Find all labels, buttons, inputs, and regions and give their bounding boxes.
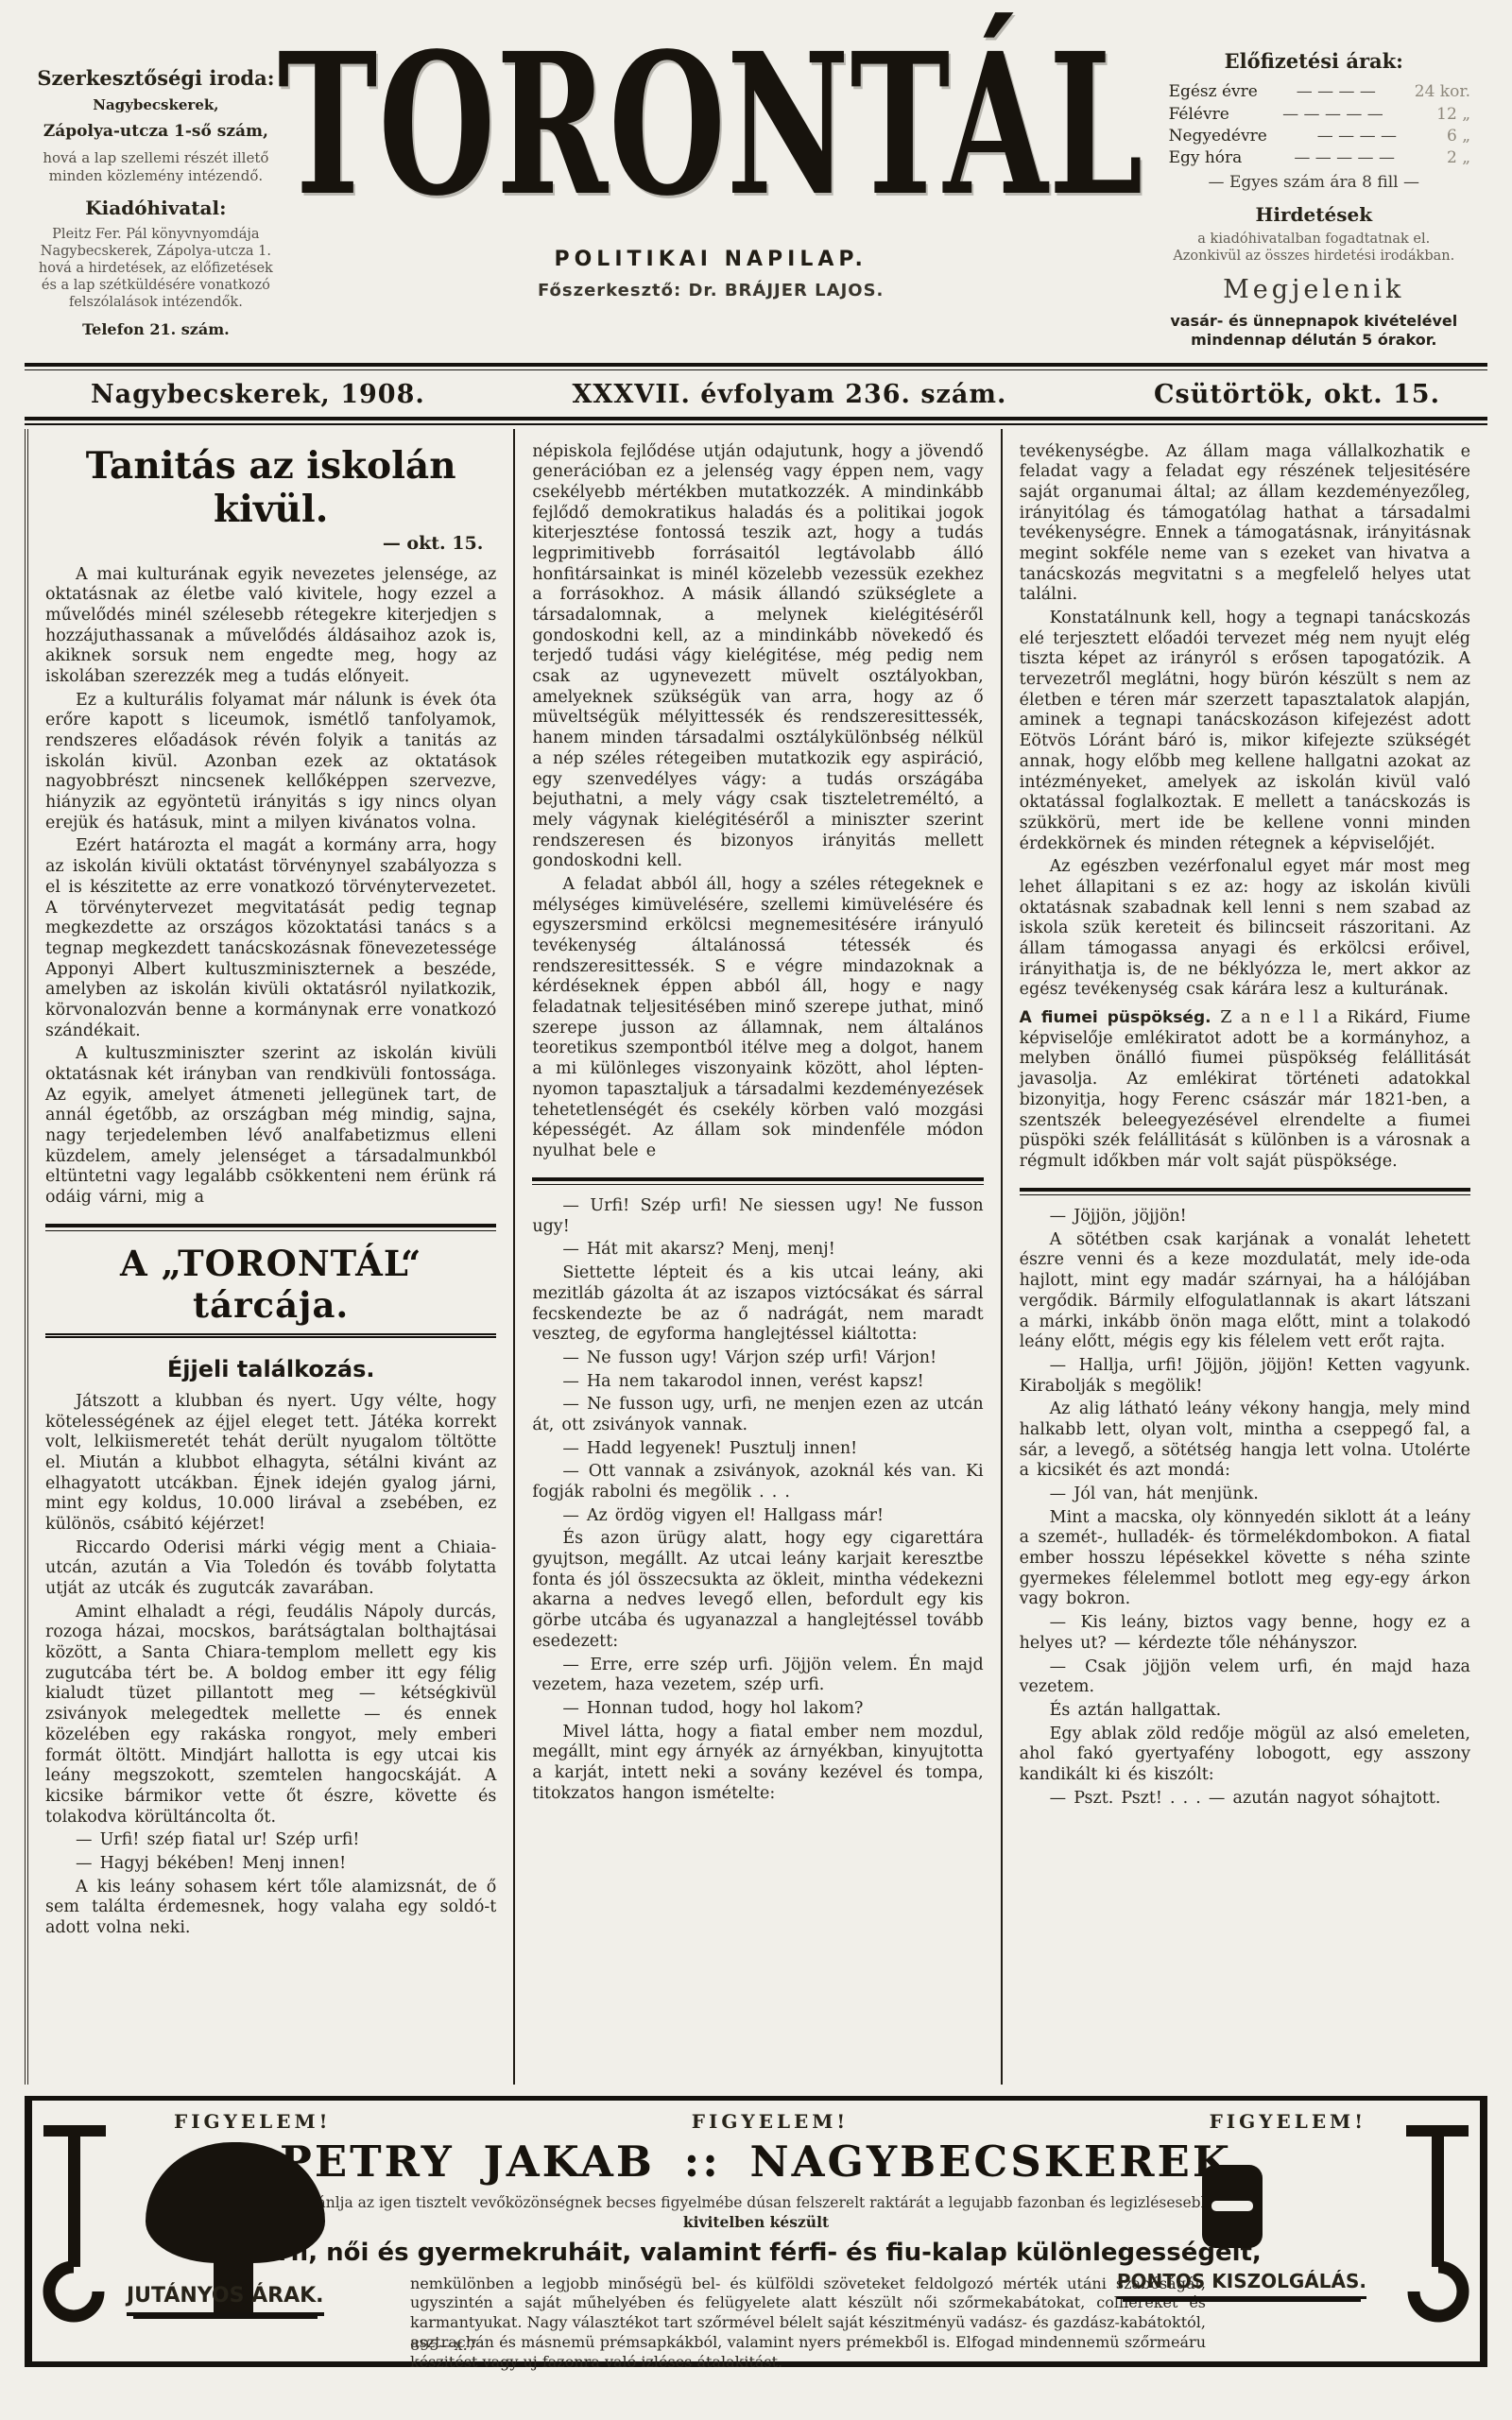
newspaper-page: Szerkesztőségi iroda: Nagybecskerek, Záp… <box>0 0 1512 2420</box>
subscription-value: 24 kor. <box>1415 82 1470 102</box>
editorial-office-street: Zápolya-utcza 1-ső szám, <box>34 122 278 142</box>
feuilleton-divider <box>532 1177 983 1186</box>
subscription-dashes: — — — — <box>1267 127 1447 146</box>
subscription-value: 12 „ <box>1436 105 1470 125</box>
paragraph: Amint elhaladt a régi, feudális Nápoly d… <box>45 1603 496 1828</box>
logo-wrap: TORONTÁL <box>278 28 1144 234</box>
paragraph: — Hadd legyenek! Pusztulj innen! <box>532 1439 983 1460</box>
feuilleton-col3-body: — Jöjjön, jöjjön!A sötétben csak karjána… <box>1020 1207 1470 1809</box>
paragraph: — Hallja, urfi! Jöjjön, jöjjön! Ketten v… <box>1020 1356 1470 1397</box>
news-item-body: Z a n e l l a Rikárd, Fiume képviselője … <box>1020 1008 1470 1171</box>
paragraph: Egy ablak zöld redője mögül az alsó emel… <box>1020 1725 1470 1786</box>
article-col3-body: tevékenységbe. Az állam maga vállalkozha… <box>1020 442 1470 1002</box>
paragraph: — Jól van, hát menjünk. <box>1020 1485 1470 1505</box>
feuilleton-title: Éjjeli találkozás. <box>45 1356 496 1382</box>
paragraph: — Pszt. Pszt! . . . — azután nagyot sóha… <box>1020 1789 1470 1810</box>
paragraph: Siettette lépteit és a kis utcai leány, … <box>532 1263 983 1346</box>
paragraph: — Ott vannak a zsiványok, azoknál kés va… <box>532 1462 983 1502</box>
feuilleton-divider <box>1020 1188 1470 1196</box>
paragraph: — Urfi! szép fiatal ur! Szép urfi! <box>45 1830 496 1851</box>
newspaper-logo: TORONTÁL <box>278 28 1144 223</box>
attention-label: FIGYELEM! <box>692 2110 849 2133</box>
paragraph: népiskola fejlődése utján odajutunk, hog… <box>532 442 983 872</box>
paragraph: tevékenységbe. Az állam maga vállalkozha… <box>1020 442 1470 607</box>
subscription-value: 6 „ <box>1447 127 1470 146</box>
single-issue-price: — Egyes szám ára 8 fill — <box>1144 173 1484 193</box>
paragraph: — Ne fusson ugy! Várjon szép urfi! Várjo… <box>532 1348 983 1369</box>
paragraph: Mivel látta, hogy a fiatal ember nem moz… <box>532 1723 983 1805</box>
rule-bottom <box>25 417 1487 425</box>
paragraph: — Erre, erre szép urfi. Jöjjön velem. Én… <box>532 1656 983 1696</box>
paragraph: — Csak jöjjön velem urfi, én majd haza v… <box>1020 1657 1470 1698</box>
editorial-office-title: Szerkesztőségi iroda: <box>34 66 278 91</box>
paragraph: A kultuszminiszter szerint az iskolán ki… <box>45 1044 496 1209</box>
coat-hook-icon <box>42 2125 108 2332</box>
ad-reference-number: 895—x.7 <box>410 2336 477 2354</box>
subscription-label: Egész évre <box>1169 82 1258 102</box>
column-1: Tanitás az iskolán kivül. — okt. 15. A m… <box>28 429 513 2085</box>
subscription-block: Előfizetési árak: Egész évre — — — — 24 … <box>1144 28 1484 350</box>
subscription-dashes: — — — — — <box>1229 105 1436 125</box>
appears-title: Megjelenik <box>1144 274 1484 306</box>
ads-body: a kiadóhivatalban fogadtatnak el. Azonki… <box>1144 231 1484 265</box>
masthead: Szerkesztőségi iroda: Nagybecskerek, Záp… <box>0 0 1512 350</box>
paragraph: — Honnan tudod, hogy hol lakom? <box>532 1699 983 1720</box>
paragraph: A sötétben csak karjának a vonalát lehet… <box>1020 1230 1470 1353</box>
editor-line: Főszerkesztő: Dr. BRÁJJER LAJOS. <box>278 281 1144 300</box>
feuilleton-col1-body: Játszott a klubban és nyert. Ugy vélte, … <box>45 1392 496 1939</box>
column-2: népiskola fejlődése utján odajutunk, hog… <box>513 429 1000 2085</box>
paragraph: — Urfi! Szép urfi! Ne siessen ugy! Ne fu… <box>532 1196 983 1237</box>
paragraph: — Jöjjön, jöjjön! <box>1020 1207 1470 1227</box>
ad-intro-line: Ajánlja az igen tisztelt vevőközönségnek… <box>213 2194 1299 2211</box>
attention-label: FIGYELEM! <box>1210 2110 1366 2133</box>
paragraph: És azon ürügy alatt, hogy egy cigarettár… <box>532 1529 983 1652</box>
subscription-value: 2 „ <box>1447 148 1470 168</box>
rule-top <box>25 363 1487 371</box>
column-3: tevékenységbe. Az állam maga vállalkozha… <box>1001 429 1487 2085</box>
telephone-line: Telefon 21. szám. <box>34 320 278 339</box>
publisher-title: Kiadóhivatal: <box>34 197 278 220</box>
subscription-row: Félévre — — — — — 12 „ <box>1144 104 1484 126</box>
subscription-title: Előfizetési árak: <box>1144 49 1484 74</box>
article-dateline: — okt. 15. <box>45 533 496 554</box>
dateline-day: Csütörtök, okt. 15. <box>1154 380 1440 409</box>
advertisement: FIGYELEM! FIGYELEM! FIGYELEM! PETRY JAKA… <box>25 2096 1487 2367</box>
paragraph: Az alig látható leány vékony hangja, mel… <box>1020 1399 1470 1482</box>
appears-body: vasár- és ünnepnapok kivételével mindenn… <box>1144 312 1484 350</box>
paragraph: Az egészben vezérfonalul egyet már most … <box>1020 857 1470 1001</box>
feuilleton-divider <box>45 1224 496 1232</box>
paragraph: A feladat abból áll, hogy a széles réteg… <box>532 875 983 1162</box>
subscription-label: Negyedévre <box>1169 127 1267 146</box>
editorial-office-note: hová a lap szellemi részét illető minden… <box>34 149 278 185</box>
ad-right-slogan: PONTOS KISZOLGÁLÁS. <box>1117 2270 1366 2299</box>
paragraph: Ez a kulturális folyamat már nálunk is é… <box>45 691 496 834</box>
news-item-title: A fiumei püspökség. <box>1020 1008 1211 1027</box>
date-bar: Nagybecskerek, 1908. XXXVII. évfolyam 23… <box>25 363 1487 425</box>
feuilleton-col2-body: — Urfi! Szép urfi! Ne siessen ugy! Ne fu… <box>532 1196 983 1804</box>
publisher-body: Pleitz Fer. Pál könyvnyomdája Nagybecske… <box>34 226 278 312</box>
paragraph: A kis leány sohasem kért tőle alamizsnát… <box>45 1878 496 1939</box>
subscription-row: Negyedévre — — — — 6 „ <box>1144 126 1484 147</box>
paragraph: — Kis leány, biztos vagy benne, hogy ez … <box>1020 1613 1470 1654</box>
subscription-label: Félévre <box>1169 105 1229 125</box>
subscription-row: Egy hóra — — — — — 2 „ <box>1144 147 1484 169</box>
ads-title: Hirdetések <box>1144 203 1484 227</box>
masthead-center: TORONTÁL POLITIKAI NAPILAP. Főszerkesztő… <box>278 28 1144 300</box>
paragraph: — Az ördög vigyen el! Hallgass már! <box>532 1506 983 1527</box>
ad-body-text: nemkülönben a legjobb minőségü bel- és k… <box>410 2274 1206 2373</box>
dateline-place: Nagybecskerek, 1908. <box>91 380 425 409</box>
paragraph: Mint a macska, oly könnyedén siklott át … <box>1020 1508 1470 1610</box>
article-title: Tanitás az iskolán kivül. <box>45 444 496 531</box>
subscription-label: Egy hóra <box>1169 148 1243 168</box>
article-col1-body: A mai kulturának egyik nevezetes jelensé… <box>45 565 496 1209</box>
subscription-dashes: — — — — — <box>1242 148 1447 168</box>
feuilleton-header-rule <box>45 1333 496 1335</box>
attention-label: FIGYELEM! <box>174 2110 331 2133</box>
subscription-row: Egész évre — — — — 24 kor. <box>1144 81 1484 103</box>
paragraph: Riccardo Oderisi márki végig ment a Chia… <box>45 1538 496 1600</box>
paragraph: — Ha nem takarodol innen, verést kapsz! <box>532 1372 983 1393</box>
subscription-dashes: — — — — <box>1258 82 1415 102</box>
ad-left-slogan: JUTÁNYOS ÁRAK. <box>127 2284 324 2316</box>
attention-row: FIGYELEM! FIGYELEM! FIGYELEM! <box>32 2101 1480 2133</box>
editorial-office-city: Nagybecskerek, <box>34 96 278 114</box>
editorial-office-block: Szerkesztőségi iroda: Nagybecskerek, Záp… <box>34 28 278 339</box>
main-columns: Tanitás az iskolán kivül. — okt. 15. A m… <box>25 429 1487 2085</box>
date-bar-inner: Nagybecskerek, 1908. XXXVII. évfolyam 23… <box>25 370 1487 417</box>
paragraph: És aztán hallgattak. <box>1020 1701 1470 1722</box>
article-col2-body: népiskola fejlődése utján odajutunk, hog… <box>532 442 983 1162</box>
paragraph: Konstatálnunk kell, hogy a tegnapi tanác… <box>1020 609 1470 854</box>
paragraph: — Hagyj békében! Menj innen! <box>45 1854 496 1875</box>
paragraph: A mai kulturának egyik nevezetes jelensé… <box>45 565 496 688</box>
feuilleton-header: A „TORONTÁL“ tárcája. <box>45 1243 496 1326</box>
news-item: A fiumei püspökség. Z a n e l l a Rikárd… <box>1020 1008 1470 1173</box>
paragraph: Ezért határozta el magát a kormány arra,… <box>45 836 496 1041</box>
dateline-issue: XXXVII. évfolyam 236. szám. <box>572 380 1006 409</box>
muff-illustration <box>1202 2165 1263 2248</box>
paragraph: — Ne fusson ugy, urfi, ne menjen ezen az… <box>532 1395 983 1435</box>
paragraph: Játszott a klubban és nyert. Ugy vélte, … <box>45 1392 496 1536</box>
coat-hook-icon <box>1404 2125 1470 2332</box>
paragraph: — Hát mit akarsz? Menj, menj! <box>532 1240 983 1261</box>
newspaper-subtitle: POLITIKAI NAPILAP. <box>278 248 1144 271</box>
